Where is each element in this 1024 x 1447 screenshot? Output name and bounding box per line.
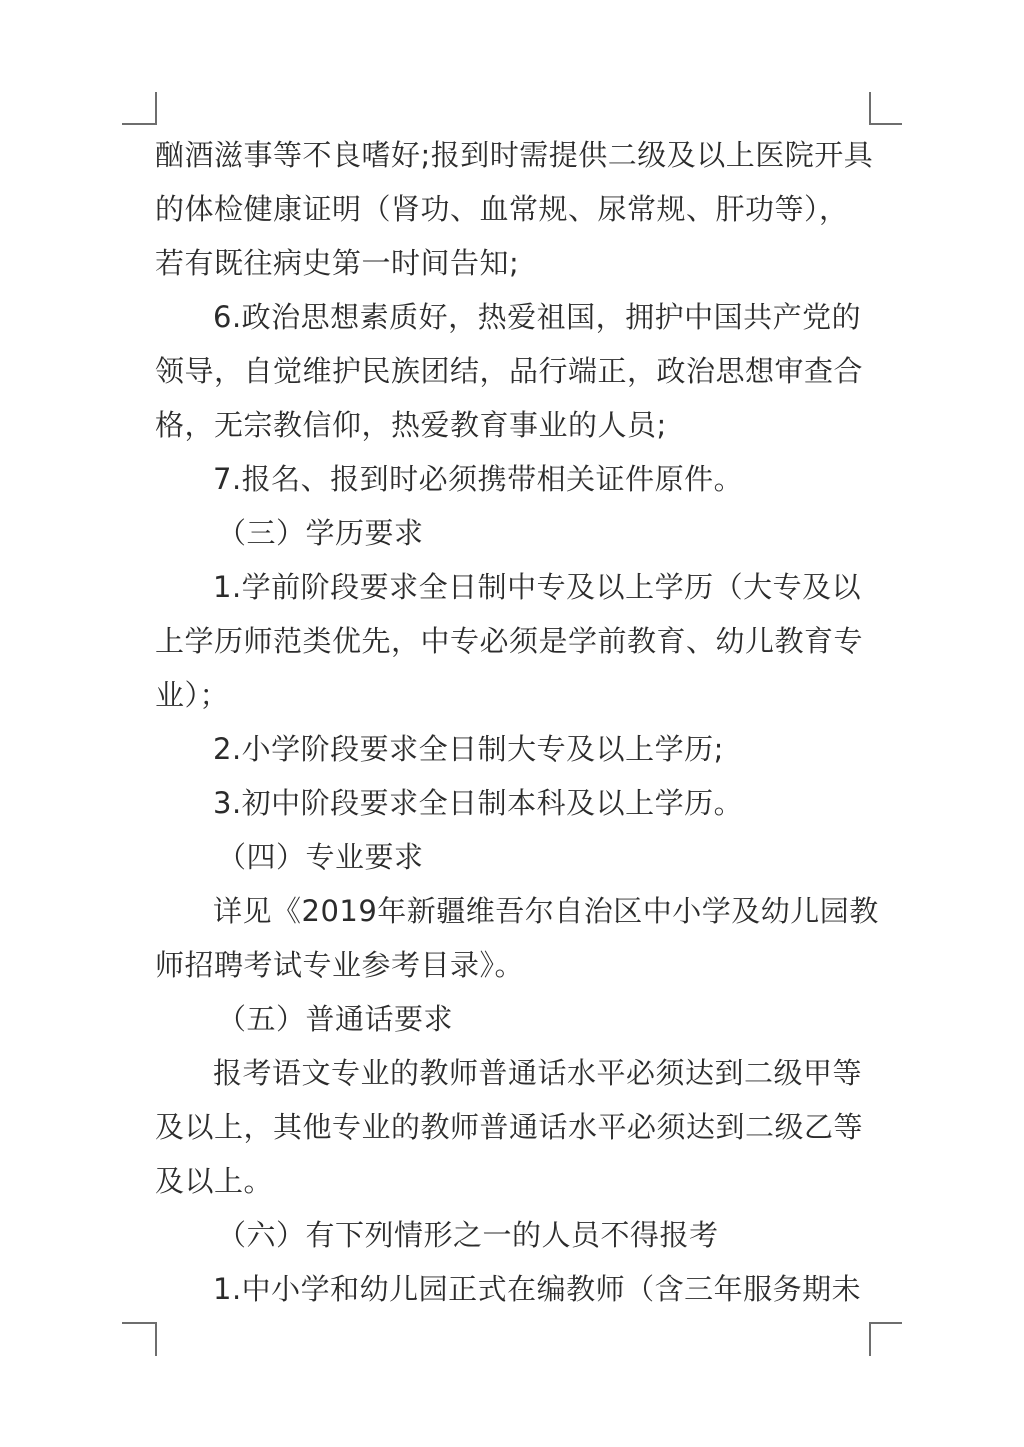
section-heading-mandarin: （五）普通话要求 — [155, 992, 870, 1046]
list-item-1: 1.学前阶段要求全日制中专及以上学历（大专及以 — [155, 560, 870, 614]
text-line: 领导，自觉维护民族团结，品行端正，政治思想审查合 — [155, 344, 870, 398]
section-heading-education: （三）学历要求 — [155, 506, 870, 560]
list-item-7: 7.报名、报到时必须携带相关证件原件。 — [155, 452, 870, 506]
text-line: 及以上。 — [155, 1154, 870, 1208]
list-item-1: 1.中小学和幼儿园正式在编教师（含三年服务期未 — [155, 1262, 870, 1316]
section-heading-exclusions: （六）有下列情形之一的人员不得报考 — [155, 1208, 870, 1262]
crop-mark-bottom-left — [122, 1322, 157, 1356]
paragraph-mandarin: 报考语文专业的教师普通话水平必须达到二级甲等 — [155, 1046, 870, 1100]
text-line: 业）； — [155, 668, 870, 722]
section-heading-major: （四）专业要求 — [155, 830, 870, 884]
text-line: 酗酒滋事等不良嗜好;报到时需提供二级及以上医院开具 — [155, 128, 870, 182]
list-item-3: 3.初中阶段要求全日制本科及以上学历。 — [155, 776, 870, 830]
text-line: 若有既往病史第一时间告知; — [155, 236, 870, 290]
crop-mark-bottom-right — [869, 1322, 902, 1356]
document-body: 酗酒滋事等不良嗜好;报到时需提供二级及以上医院开具 的体检健康证明（肾功、血常规… — [155, 128, 870, 1316]
text-line: 的体检健康证明（肾功、血常规、尿常规、肝功等）， — [155, 182, 870, 236]
text-line: 及以上，其他专业的教师普通话水平必须达到二级乙等 — [155, 1100, 870, 1154]
crop-mark-top-left — [122, 92, 157, 125]
text-line: 上学历师范类优先，中专必须是学前教育、幼儿教育专 — [155, 614, 870, 668]
text-line: 格，无宗教信仰，热爱教育事业的人员; — [155, 398, 870, 452]
paragraph-major-reference: 详见《2019年新疆维吾尔自治区中小学及幼儿园教 — [155, 884, 870, 938]
document-page: 酗酒滋事等不良嗜好;报到时需提供二级及以上医院开具 的体检健康证明（肾功、血常规… — [0, 0, 1024, 1447]
crop-mark-top-right — [869, 92, 902, 125]
text-line: 师招聘考试专业参考目录》。 — [155, 938, 870, 992]
list-item-2: 2.小学阶段要求全日制大专及以上学历; — [155, 722, 870, 776]
list-item-6: 6.政治思想素质好，热爱祖国，拥护中国共产党的 — [155, 290, 870, 344]
